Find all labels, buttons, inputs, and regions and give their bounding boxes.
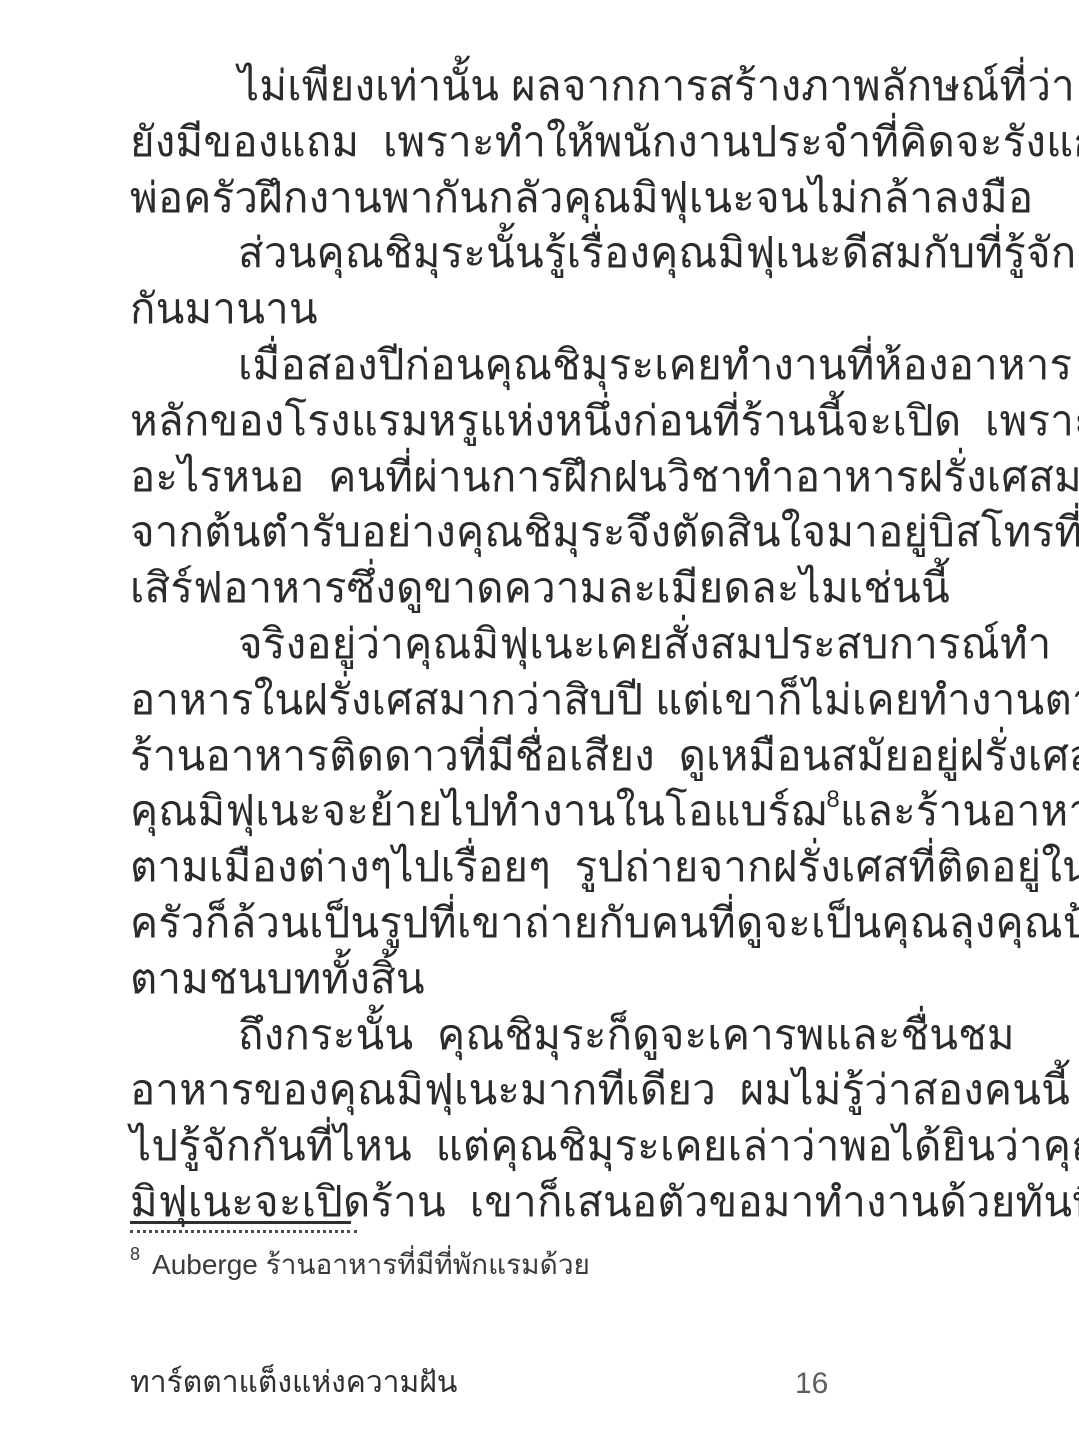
footnote-marker: 8 [130, 1244, 140, 1264]
text-line: พ่อครัวฝึกงานพากันกลัวคุณมิฟุเนะจนไม่กล้… [130, 170, 890, 226]
text-line: คุณมิฟุเนะจะย้ายไปทำงานในโอแบร์ฌ8และร้าน… [130, 783, 890, 839]
text-line: ไม่เพียงเท่านั้น ผลจากการสร้างภาพลักษณ์ท… [130, 58, 890, 114]
text-line: กันมานาน [130, 281, 890, 337]
footnote-separator-solid [130, 1221, 351, 1224]
text-segment: และร้านอาหาร [840, 787, 1079, 834]
text-line: หลักของโรงแรมหรูแห่งหนึ่งก่อนที่ร้านนี้จ… [130, 393, 890, 449]
footnote-separator-dotted [130, 1230, 357, 1233]
page-number: 16 [795, 1366, 828, 1402]
text-line: ตามชนบททั้งสิ้น [130, 951, 890, 1007]
text-line: ส่วนคุณชิมุระนั้นรู้เรื่องคุณมิฟุเนะดีสม… [130, 225, 890, 281]
text-line: ร้านอาหารติดดาวที่มีชื่อเสียง ดูเหมือนสม… [130, 728, 890, 784]
text-line: ตามเมืองต่างๆไปเรื่อยๆ รูปถ่ายจากฝรั่งเศ… [130, 839, 890, 895]
page-body: ไม่เพียงเท่านั้น ผลจากการสร้างภาพลักษณ์ท… [130, 58, 890, 1230]
text-line: เสิร์ฟอาหารซึ่งดูขาดความละเมียดละไมเช่นน… [130, 560, 890, 616]
text-line: อาหารในฝรั่งเศสมากว่าสิบปี แต่เขาก็ไม่เค… [130, 672, 890, 728]
text-line: อะไรหนอ คนที่ผ่านการฝึกฝนวิชาทำอาหารฝรั่… [130, 449, 890, 505]
text-line: ยังมีของแถม เพราะทำให้พนักงานประจำที่คิด… [130, 114, 890, 170]
text-line: จากต้นตำรับอย่างคุณชิมุระจึงตัดสินใจมาอย… [130, 504, 890, 560]
text-line: ถึงกระนั้น คุณชิมุระก็ดูจะเคารพและชื่นชม [130, 1007, 890, 1063]
footnote: 8Auberge ร้านอาหารที่มีที่พักแรมด้วย [130, 1243, 590, 1287]
text-line: ไปรู้จักกันที่ไหน แต่คุณชิมุระเคยเล่าว่า… [130, 1118, 890, 1174]
book-page: ไม่เพียงเท่านั้น ผลจากการสร้างภาพลักษณ์ท… [0, 0, 1079, 1446]
text-line: อาหารของคุณมิฟุเนะมากทีเดียว ผมไม่รู้ว่า… [130, 1062, 890, 1118]
text-segment: คุณมิฟุเนะจะย้ายไปทำงานในโอแบร์ฌ [130, 787, 826, 834]
footnote-text: Auberge ร้านอาหารที่มีที่พักแรมด้วย [152, 1249, 590, 1280]
running-footer-book-title: ทาร์ตตาแต็งแห่งความฝัน [130, 1363, 457, 1403]
text-line: ครัวก็ล้วนเป็นรูปที่เขาถ่ายกับคนที่ดูจะเ… [130, 895, 890, 951]
text-line: เมื่อสองปีก่อนคุณชิมุระเคยทำงานที่ห้องอา… [130, 337, 890, 393]
footnote-ref-marker: 8 [826, 786, 840, 813]
text-line: จริงอยู่ว่าคุณมิฟุเนะเคยสั่งสมประสบการณ์… [130, 616, 890, 672]
